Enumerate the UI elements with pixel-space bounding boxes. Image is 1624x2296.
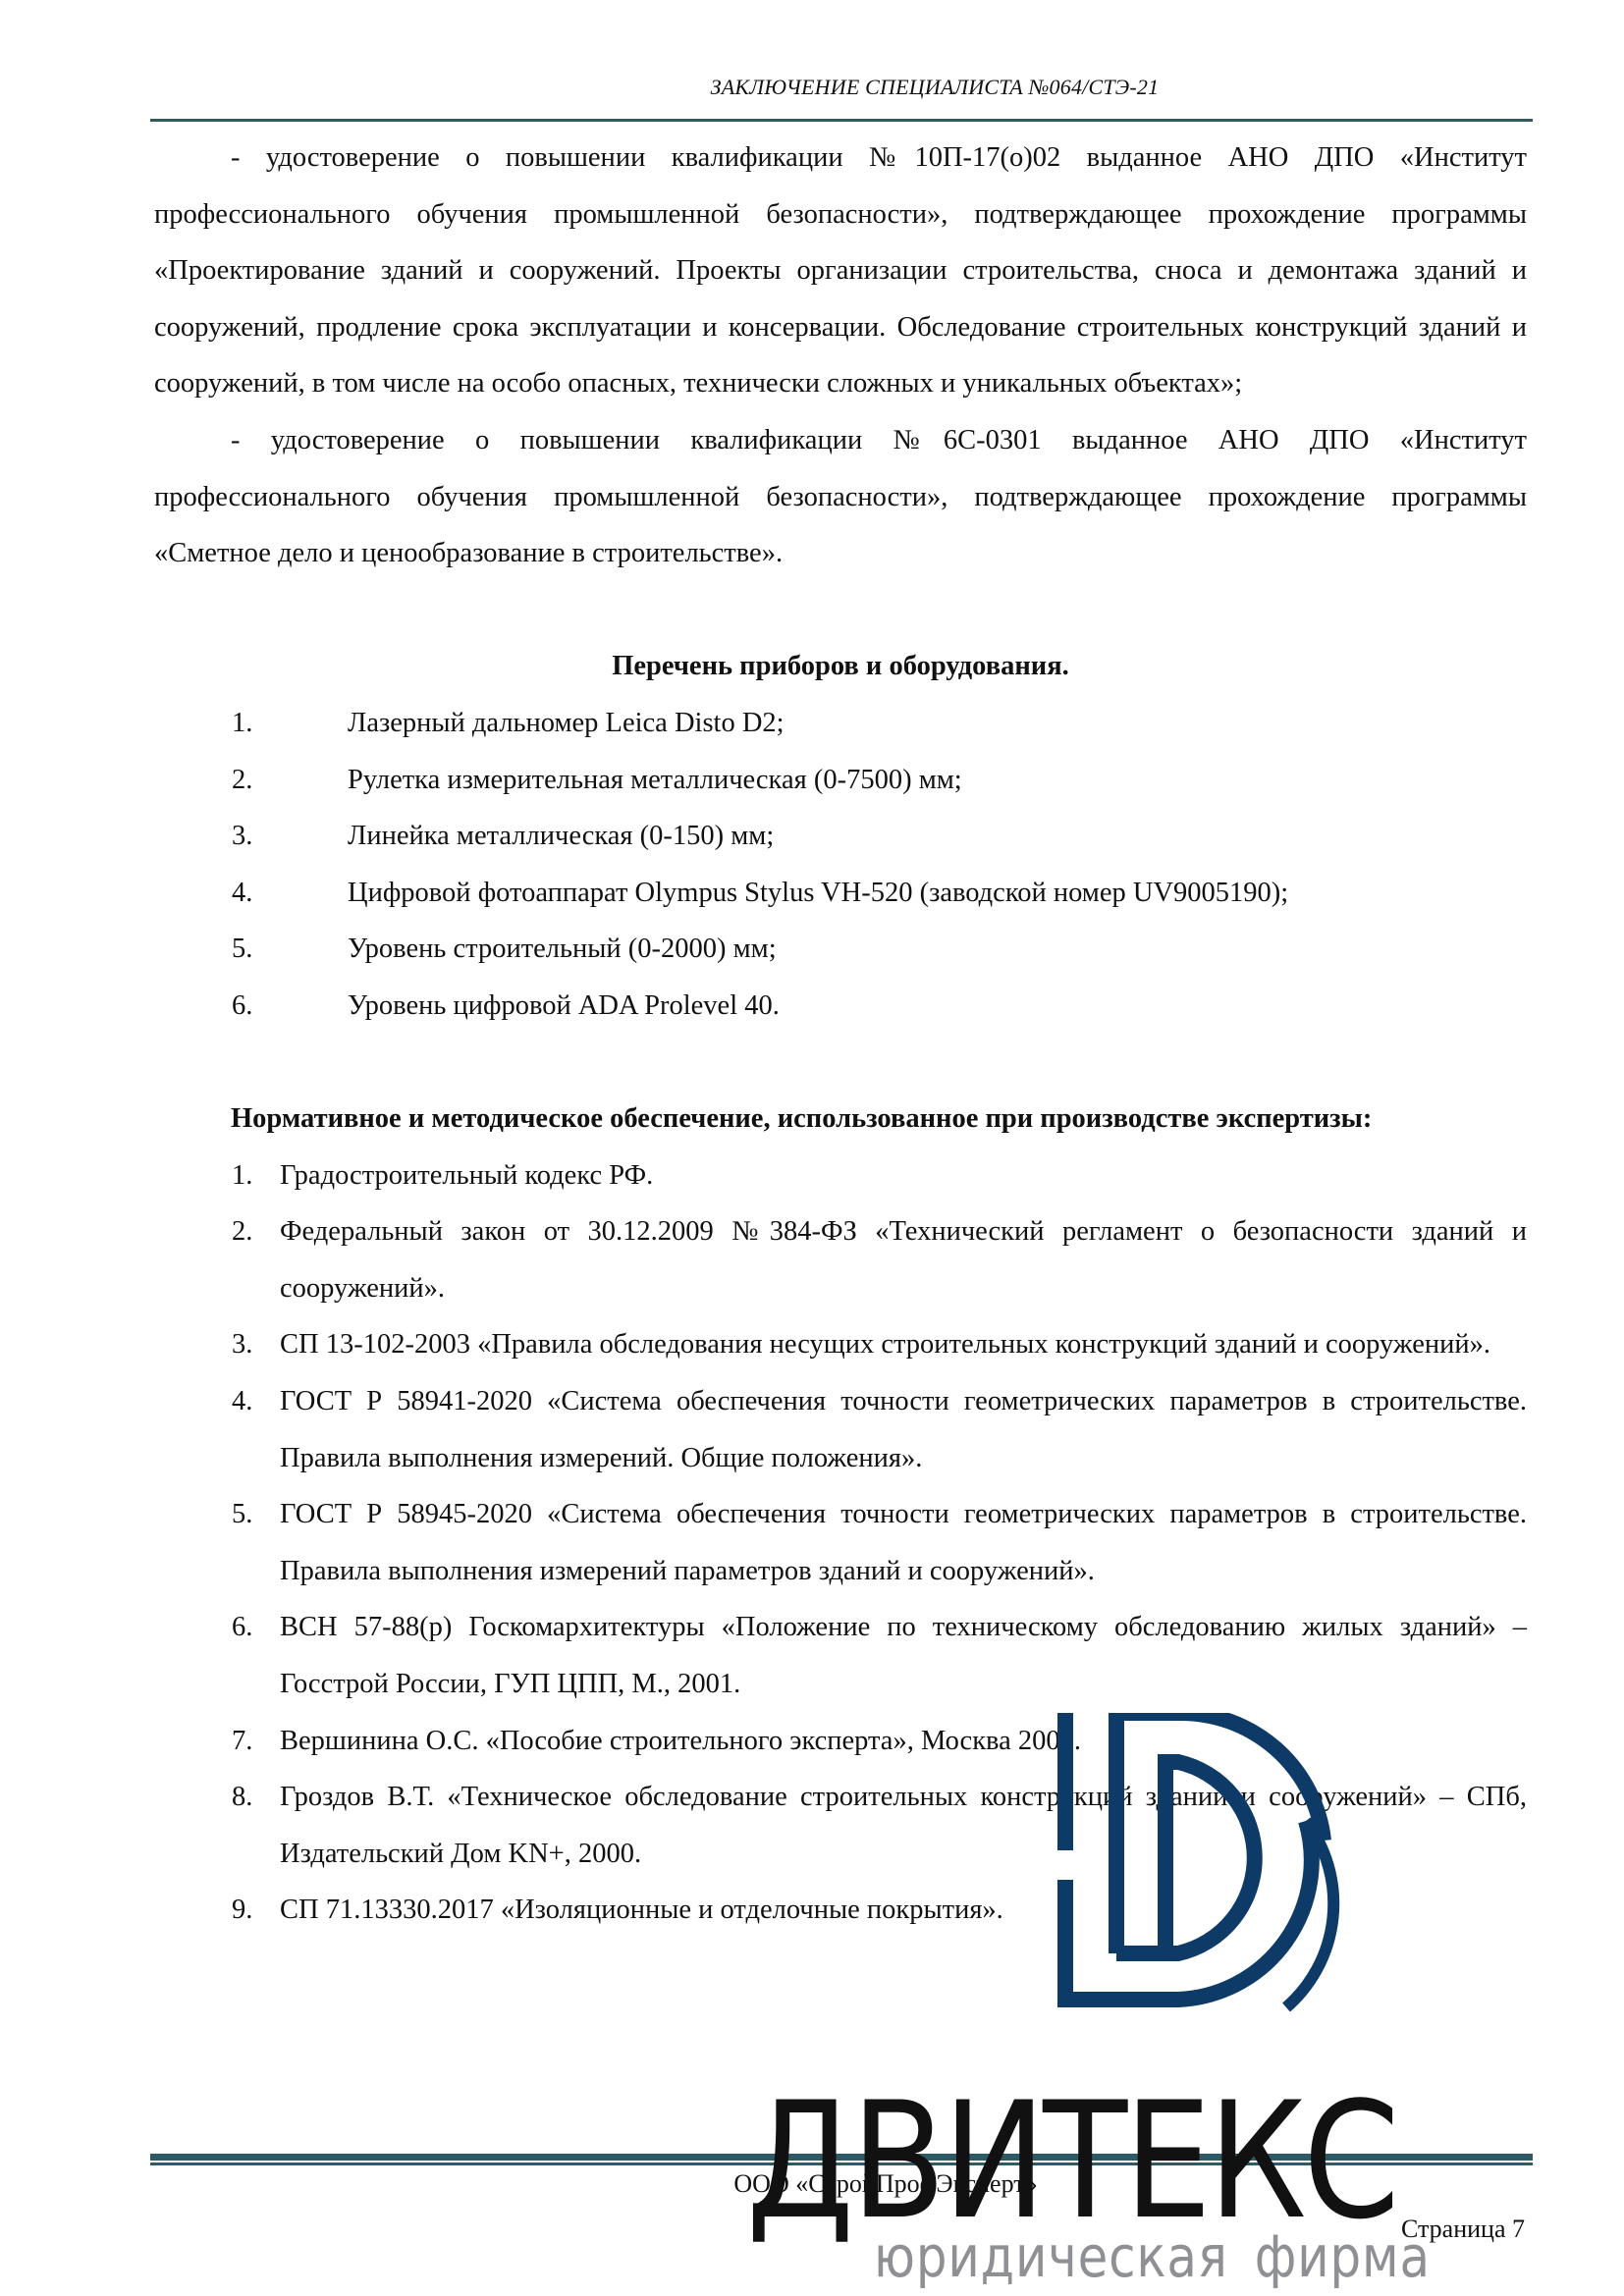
list-item-number: 3. bbox=[232, 808, 252, 865]
list-item-number: 9. bbox=[232, 1882, 252, 1939]
list-item: 6.ВСН 57-88(р) Госкомархитектуры «Положе… bbox=[154, 1599, 1527, 1712]
list-item: 5.ГОСТ Р 58945-2020 «Система обеспечения… bbox=[154, 1486, 1527, 1599]
dd-logo-icon bbox=[1031, 1713, 1345, 2027]
list-item: 1.Градостроительный кодекс РФ. bbox=[154, 1148, 1527, 1204]
spacer bbox=[154, 582, 1527, 639]
list-item-text: Рулетка измерительная металлическая (0-7… bbox=[348, 765, 962, 795]
list-item-number: 5. bbox=[232, 1486, 252, 1543]
list-item-number: 4. bbox=[232, 1373, 252, 1430]
list-item: 4.Цифровой фотоаппарат Olympus Stylus VH… bbox=[154, 865, 1527, 922]
header-rule bbox=[150, 119, 1533, 122]
list-item-number: 6. bbox=[232, 978, 252, 1035]
list-item-number: 4. bbox=[232, 865, 252, 922]
list-item-number: 1. bbox=[232, 1148, 252, 1204]
list-item: 3.СП 13-102-2003 «Правила обследования н… bbox=[154, 1316, 1527, 1373]
list-item-text: СП 13-102-2003 «Правила обследования нес… bbox=[280, 1329, 1490, 1360]
normative-heading: Нормативное и методическое обеспечение, … bbox=[154, 1091, 1527, 1148]
list-item: 5.Уровень строительный (0-2000) мм; bbox=[154, 921, 1527, 978]
list-item-text: Градостроительный кодекс РФ. bbox=[280, 1160, 653, 1191]
list-item-text: ГОСТ Р 58941-2020 «Система обеспечения т… bbox=[280, 1386, 1527, 1473]
list-item-text: ГОСТ Р 58945-2020 «Система обеспечения т… bbox=[280, 1499, 1527, 1586]
list-item-number: 8. bbox=[232, 1769, 252, 1826]
list-item: 3.Линейка металлическая (0-150) мм; bbox=[154, 808, 1527, 865]
list-item: 6.Уровень цифровой ADA Prolevel 40. bbox=[154, 978, 1527, 1035]
list-item-number: 7. bbox=[232, 1713, 252, 1770]
document-body: - удостоверение о повышении квалификации… bbox=[154, 130, 1527, 1939]
list-item-number: 6. bbox=[232, 1599, 252, 1656]
list-item-number: 1. bbox=[232, 695, 252, 752]
list-item-text: Вершинина О.С. «Пособие строительного эк… bbox=[280, 1726, 1081, 1756]
list-item-text: Лазерный дальномер Leica Disto D2; bbox=[348, 708, 785, 738]
list-item: 4.ГОСТ Р 58941-2020 «Система обеспечения… bbox=[154, 1373, 1527, 1486]
list-item: 2.Федеральный закон от 30.12.2009 №384-Ф… bbox=[154, 1203, 1527, 1316]
equipment-heading: Перечень приборов и оборудования. bbox=[154, 638, 1527, 695]
list-item-text: Уровень цифровой ADA Prolevel 40. bbox=[348, 990, 780, 1021]
list-item: 2.Рулетка измерительная металлическая (0… bbox=[154, 752, 1527, 809]
list-item-text: Линейка металлическая (0-150) мм; bbox=[348, 821, 774, 851]
certificate-paragraph: - удостоверение о повышении квалификации… bbox=[154, 130, 1527, 412]
list-item-number: 5. bbox=[232, 921, 252, 978]
list-item-number: 2. bbox=[232, 1203, 252, 1260]
list-item-text: Уровень строительный (0-2000) мм; bbox=[348, 934, 777, 964]
equipment-list: 1.Лазерный дальномер Leica Disto D2; 2.Р… bbox=[154, 695, 1527, 1035]
watermark-subtitle: юридическая фирма bbox=[874, 2228, 1431, 2285]
list-item-number: 3. bbox=[232, 1316, 252, 1373]
list-item-text: ВСН 57-88(р) Госкомархитектуры «Положени… bbox=[280, 1612, 1527, 1699]
header-title: ЗАКЛЮЧЕНИЕ СПЕЦИАЛИСТА №064/СТЭ-21 bbox=[0, 75, 1624, 100]
list-item-text: СП 71.13330.2017 «Изоляционные и отделоч… bbox=[280, 1895, 1003, 1925]
list-item-text: Цифровой фотоаппарат Olympus Stylus VH-5… bbox=[348, 878, 1288, 908]
list-item: 1.Лазерный дальномер Leica Disto D2; bbox=[154, 695, 1527, 752]
spacer bbox=[154, 1035, 1527, 1092]
certificate-paragraph: - удостоверение о повышении квалификации… bbox=[154, 412, 1527, 582]
document-page: ЗАКЛЮЧЕНИЕ СПЕЦИАЛИСТА №064/СТЭ-21 - удо… bbox=[0, 0, 1624, 2296]
list-item-text: Федеральный закон от 30.12.2009 №384-ФЗ … bbox=[280, 1216, 1527, 1304]
list-item-number: 2. bbox=[232, 752, 252, 809]
watermark-brand: ДВИТЕКС bbox=[746, 2081, 1396, 2242]
